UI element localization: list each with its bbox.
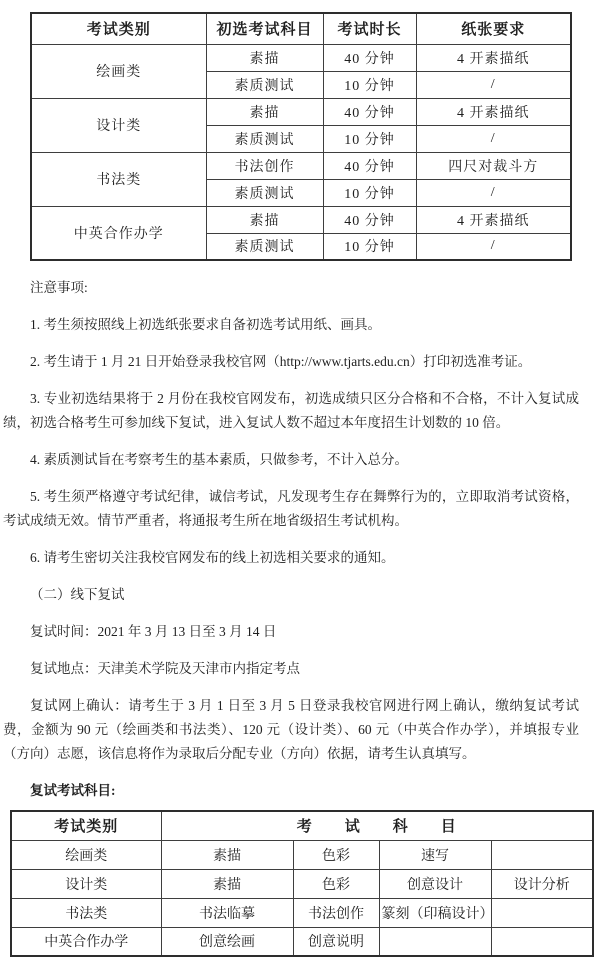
table-row: 中英合作办学 素描 40 分钟 4 开素描纸 [31,206,571,233]
cell-subject [491,898,593,927]
cell-duration: 10 分钟 [323,125,416,152]
table1-header-paper: 纸张要求 [416,13,571,44]
cell-subject [379,927,491,956]
retest-subjects-label: 复试考试科目: [3,779,579,803]
cell-subject: 篆刻（印稿设计） [379,898,491,927]
offline-retest-heading: （二）线下复试 [3,583,579,607]
cell-subject: 素描 [206,98,323,125]
cell-subject: 素质测试 [206,125,323,152]
cell-subject: 素描 [161,869,293,898]
cell-subject [491,927,593,956]
table-row: 设计类 素描 40 分钟 4 开素描纸 [31,98,571,125]
table2-header-category: 考试类别 [11,811,161,840]
notes-title: 注意事项: [3,276,579,300]
cell-duration: 40 分钟 [323,44,416,71]
document-page: 考试类别 初选考试科目 考试时长 纸张要求 绘画类 素描 40 分钟 4 开素描… [0,0,600,974]
cell-duration: 40 分钟 [323,206,416,233]
cell-subject: 设计分析 [491,869,593,898]
note-item-3: 3. 专业初选结果将于 2 月份在我校官网发布，初选成绩只区分合格和不合格，不计… [3,387,579,435]
table1-header-category: 考试类别 [31,13,206,44]
retest-time-line: 复试时间：2021 年 3 月 13 日至 3 月 14 日 [3,620,579,644]
cell-subject: 素描 [161,840,293,869]
cell-subject: 素质测试 [206,71,323,98]
cell-subject: 书法临摹 [161,898,293,927]
cell-paper: 四尺对裁斗方 [416,152,571,179]
cell-paper: / [416,71,571,98]
retest-subjects-table: 考试类别 考 试 科 目 绘画类 素描 色彩 速写 设计类 素描 色彩 创意设计… [10,810,594,957]
note-item-4: 4. 素质测试旨在考察考生的基本素质，只做参考，不计入总分。 [3,448,579,472]
cell-subject: 素描 [206,206,323,233]
table-row: 绘画类 素描 40 分钟 4 开素描纸 [31,44,571,71]
note-item-2: 2. 考生请于 1 月 21 日开始登录我校官网（http://www.tjar… [3,350,579,374]
cell-category: 书法类 [31,152,206,206]
cell-subject: 书法创作 [293,898,379,927]
cell-subject [491,840,593,869]
cell-subject: 速写 [379,840,491,869]
cell-paper: 4 开素描纸 [416,206,571,233]
cell-duration: 10 分钟 [323,71,416,98]
cell-paper: / [416,125,571,152]
cell-subject: 素描 [206,44,323,71]
cell-duration: 10 分钟 [323,179,416,206]
cell-subject: 创意设计 [379,869,491,898]
cell-category: 中英合作办学 [31,206,206,260]
cell-category: 设计类 [31,98,206,152]
table2-header-row: 考试类别 考 试 科 目 [11,811,593,840]
note-item-5: 5. 考生须严格遵守考试纪律，诚信考试，凡发现考生存在舞弊行为的，立即取消考试资… [3,485,579,533]
table-row: 绘画类 素描 色彩 速写 [11,840,593,869]
cell-duration: 40 分钟 [323,152,416,179]
cell-duration: 10 分钟 [323,233,416,260]
table-row: 书法类 书法创作 40 分钟 四尺对裁斗方 [31,152,571,179]
note-item-6: 6. 请考生密切关注我校官网发布的线上初选相关要求的通知。 [3,546,579,570]
cell-paper: 4 开素描纸 [416,44,571,71]
notes-section: 注意事项: 1. 考生须按照线上初选纸张要求自备初选考试用纸、画具。 2. 考生… [3,276,579,816]
table-row: 中英合作办学 创意绘画 创意说明 [11,927,593,956]
table1-header-duration: 考试时长 [323,13,416,44]
cell-category: 设计类 [11,869,161,898]
cell-subject: 素质测试 [206,233,323,260]
table1-header-subject: 初选考试科目 [206,13,323,44]
cell-subject: 素质测试 [206,179,323,206]
cell-paper: / [416,179,571,206]
cell-category: 中英合作办学 [11,927,161,956]
cell-subject: 创意绘画 [161,927,293,956]
cell-subject: 书法创作 [206,152,323,179]
cell-paper: / [416,233,571,260]
cell-paper: 4 开素描纸 [416,98,571,125]
note-item-1: 1. 考生须按照线上初选纸张要求自备初选考试用纸、画具。 [3,313,579,337]
cell-subject: 色彩 [293,840,379,869]
table2-header-subjects: 考 试 科 目 [161,811,593,840]
cell-category: 书法类 [11,898,161,927]
table-row: 设计类 素描 色彩 创意设计 设计分析 [11,869,593,898]
preliminary-exam-table: 考试类别 初选考试科目 考试时长 纸张要求 绘画类 素描 40 分钟 4 开素描… [30,12,572,261]
table1-header-row: 考试类别 初选考试科目 考试时长 纸张要求 [31,13,571,44]
cell-category: 绘画类 [31,44,206,98]
retest-location-line: 复试地点：天津美术学院及天津市内指定考点 [3,657,579,681]
cell-duration: 40 分钟 [323,98,416,125]
cell-category: 绘画类 [11,840,161,869]
cell-subject: 创意说明 [293,927,379,956]
table-row: 书法类 书法临摹 书法创作 篆刻（印稿设计） [11,898,593,927]
cell-subject: 色彩 [293,869,379,898]
retest-confirmation-line: 复试网上确认：请考生于 3 月 1 日至 3 月 5 日登录我校官网进行网上确认… [3,694,579,766]
